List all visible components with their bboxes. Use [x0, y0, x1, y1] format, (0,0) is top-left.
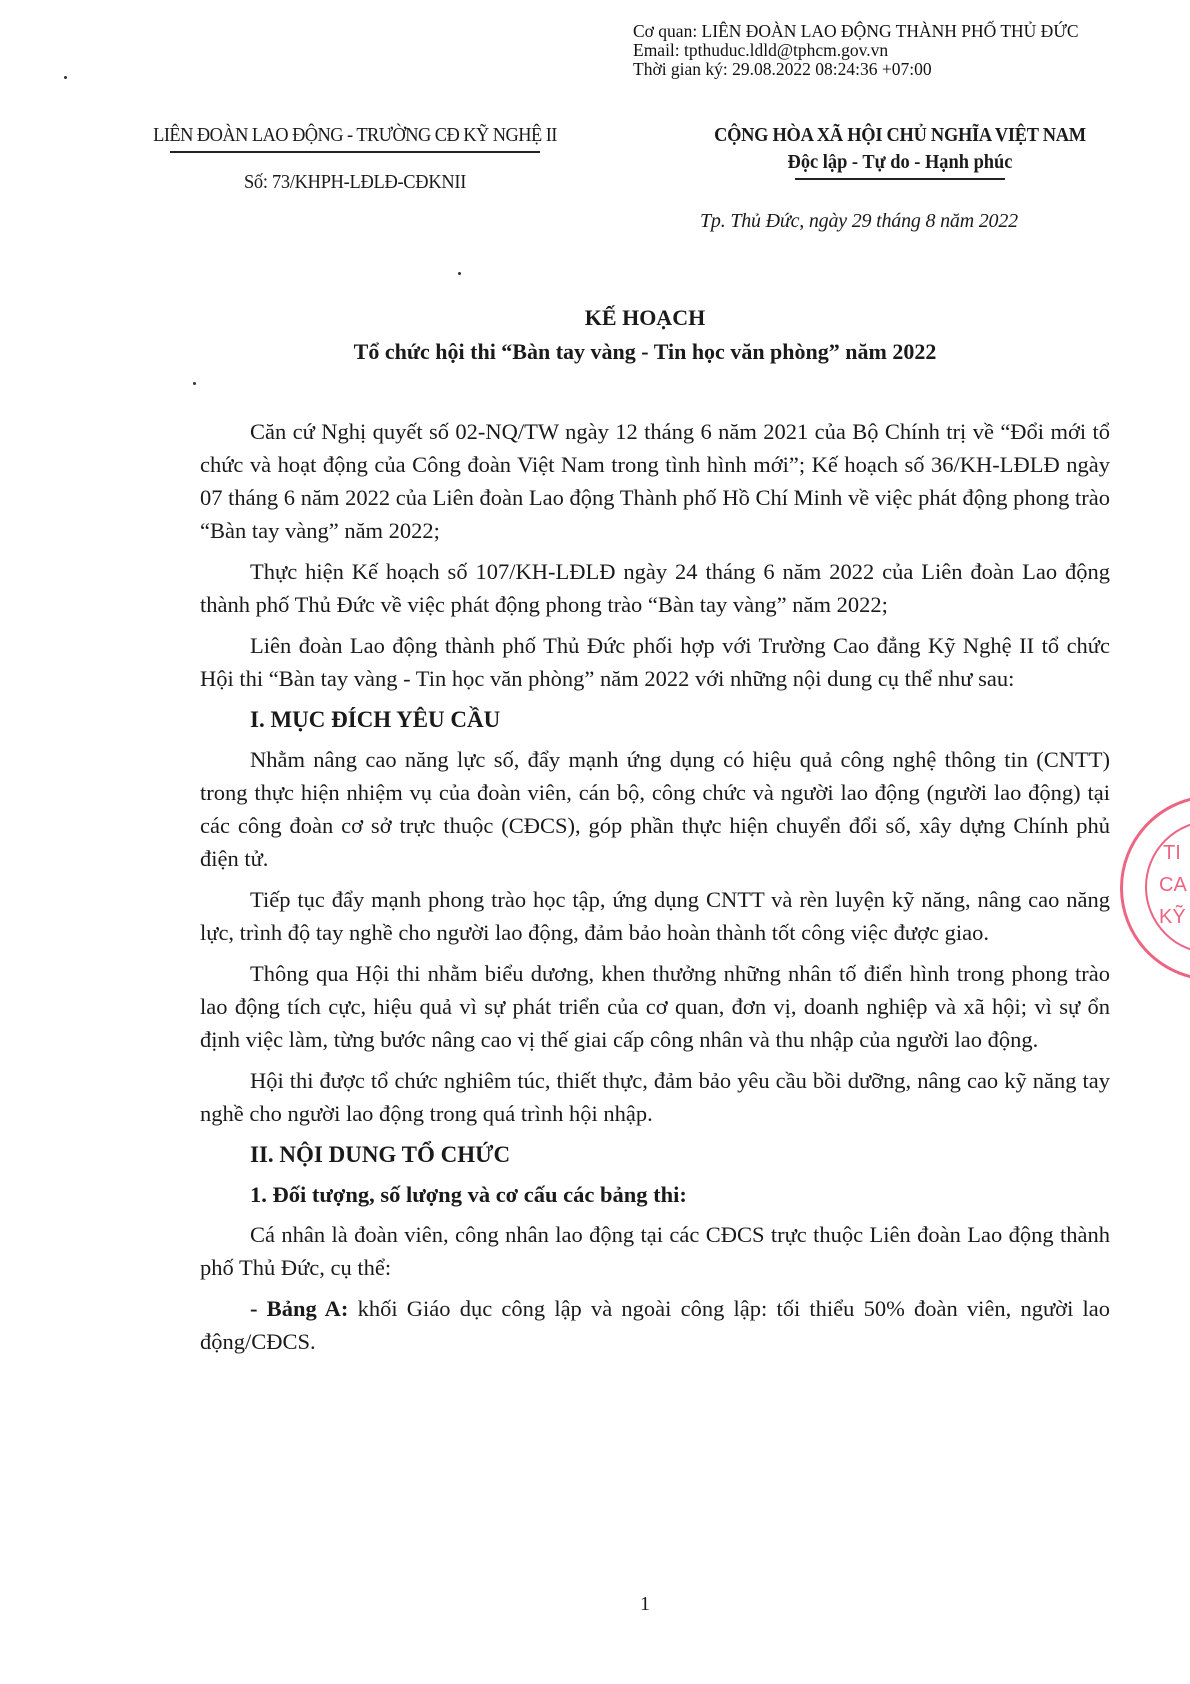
- seal-text-line: KỸ: [1159, 906, 1186, 929]
- document-subtitle: Tổ chức hội thi “Bàn tay vàng - Tin học …: [0, 339, 1190, 365]
- scan-speck: [193, 382, 196, 385]
- subsection-heading-participants: 1. Đối tượng, số lượng và cơ cấu các bản…: [200, 1178, 1110, 1212]
- paragraph: Nhằm nâng cao năng lực số, đẩy mạnh ứng …: [200, 743, 1110, 875]
- scan-speck: [458, 272, 461, 275]
- national-motto: Độc lập - Tự do - Hạnh phúc: [661, 151, 1139, 174]
- paragraph: Căn cứ Nghị quyết số 02-NQ/TW ngày 12 th…: [200, 415, 1110, 547]
- signature-agency: Cơ quan: LIÊN ĐOÀN LAO ĐỘNG THÀNH PHỐ TH…: [633, 22, 1079, 41]
- scan-speck: [64, 76, 67, 79]
- paragraph: Liên đoàn Lao động thành phố Thủ Đức phố…: [200, 629, 1110, 695]
- list-item-bang-a: - Bảng A: khối Giáo dục công lập và ngoà…: [200, 1292, 1110, 1358]
- motto-underline: [795, 178, 1005, 180]
- national-header: CỘNG HÒA XÃ HỘI CHỦ NGHĨA VIỆT NAM Độc l…: [640, 124, 1160, 180]
- seal-text-line: CA: [1159, 874, 1187, 897]
- paragraph: Cá nhân là đoàn viên, công nhân lao động…: [200, 1218, 1110, 1284]
- section-heading-purpose: I. MỤC ĐÍCH YÊU CẦU: [200, 703, 1110, 737]
- paragraph: Thông qua Hội thi nhằm biểu dương, khen …: [200, 957, 1110, 1056]
- official-seal-stamp: TI CA KỸ: [1120, 795, 1190, 981]
- paragraph: Hội thi được tổ chức nghiêm túc, thiết t…: [200, 1064, 1110, 1130]
- bang-a-label: - Bảng A:: [250, 1296, 348, 1321]
- document-title: KẾ HOẠCH: [0, 305, 1190, 331]
- issuing-organization: LIÊN ĐOÀN LAO ĐỘNG - TRƯỜNG CĐ KỸ NGHỆ I…: [148, 124, 562, 147]
- signature-time: Thời gian ký: 29.08.2022 08:24:36 +07:00: [633, 60, 1079, 79]
- signature-email: Email: tpthuduc.ldld@tphcm.gov.vn: [633, 41, 1079, 60]
- section-heading-content: II. NỘI DUNG TỔ CHỨC: [200, 1138, 1110, 1172]
- document-body: Căn cứ Nghị quyết số 02-NQ/TW ngày 12 th…: [200, 415, 1110, 1366]
- header-left-underline: [170, 151, 540, 153]
- document-number: Số: 73/KHPH-LĐLĐ-CĐKNII: [148, 171, 562, 194]
- republic-name: CỘNG HÒA XÃ HỘI CHỦ NGHĨA VIỆT NAM: [661, 124, 1139, 147]
- place-and-date: Tp. Thủ Đức, ngày 29 tháng 8 năm 2022: [700, 210, 1018, 233]
- seal-text-line: TI: [1163, 842, 1181, 865]
- page-number: 1: [0, 1593, 1190, 1616]
- issuing-organization-header: LIÊN ĐOÀN LAO ĐỘNG - TRƯỜNG CĐ KỸ NGHỆ I…: [130, 124, 580, 194]
- digital-signature-block: Cơ quan: LIÊN ĐOÀN LAO ĐỘNG THÀNH PHỐ TH…: [633, 22, 1079, 79]
- paragraph: Tiếp tục đẩy mạnh phong trào học tập, ứn…: [200, 883, 1110, 949]
- paragraph: Thực hiện Kế hoạch số 107/KH-LĐLĐ ngày 2…: [200, 555, 1110, 621]
